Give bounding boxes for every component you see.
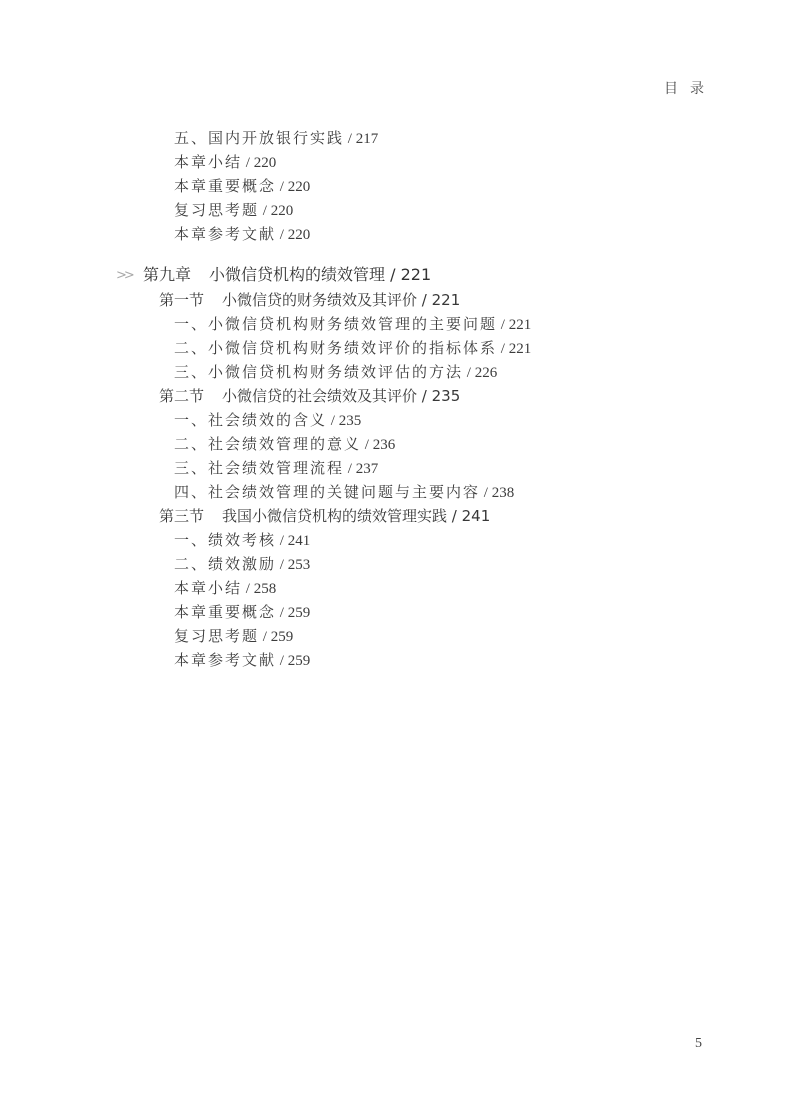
section-page: 241	[462, 507, 491, 525]
toc-item-page: 236	[373, 437, 396, 453]
section-number: 第三节	[159, 507, 204, 525]
toc-item-label: 三、小微信贷机构财务绩效评估的方法	[174, 363, 463, 381]
toc-item[interactable]: 一、绩效考核 / 241	[174, 530, 310, 551]
toc-item-label: 一、小微信贷机构财务绩效管理的主要问题	[174, 315, 497, 333]
running-header: 目录	[664, 78, 716, 98]
toc-item[interactable]: 本章参考文献 / 259	[174, 650, 310, 671]
toc-item-label: 二、小微信贷机构财务绩效评价的指标体系	[174, 339, 497, 357]
toc-section[interactable]: 第三节我国小微信贷机构的绩效管理实践 / 241	[159, 506, 490, 526]
toc-item-label: 一、绩效考核	[174, 531, 276, 549]
toc-item[interactable]: 二、绩效激励 / 253	[174, 554, 310, 575]
toc-item[interactable]: 三、小微信贷机构财务绩效评估的方法 / 226	[174, 362, 497, 383]
toc-item[interactable]: 一、社会绩效的含义 / 235	[174, 410, 361, 431]
toc-item[interactable]: 复习思考题 / 220	[174, 200, 293, 221]
toc-item-label: 本章参考文献	[174, 651, 276, 669]
toc-item-label: 五、国内开放银行实践	[174, 129, 344, 147]
toc-item-label: 复习思考题	[174, 627, 259, 645]
toc-item[interactable]: 本章参考文献 / 220	[174, 224, 310, 245]
toc-item[interactable]: 一、小微信贷机构财务绩效管理的主要问题 / 221	[174, 314, 531, 335]
toc-item-page: 220	[254, 155, 277, 171]
toc-item-page: 259	[271, 629, 294, 645]
toc-item-page: 235	[339, 413, 362, 429]
toc-item-label: 三、社会绩效管理流程	[174, 459, 344, 477]
section-number: 第二节	[159, 387, 204, 405]
toc-item[interactable]: 本章小结 / 220	[174, 152, 276, 173]
toc-item[interactable]: 本章重要概念 / 259	[174, 602, 310, 623]
toc-item-page: 220	[271, 203, 294, 219]
section-title: 我国小微信贷机构的绩效管理实践	[222, 507, 447, 525]
chapter-page: 221	[401, 265, 432, 284]
toc-item-page: 221	[509, 317, 532, 333]
toc-item-page: 217	[356, 131, 379, 147]
toc-item-page: 238	[492, 485, 515, 501]
chapter-number: 第九章	[143, 265, 191, 284]
section-title: 小微信贷的财务绩效及其评价	[222, 291, 417, 309]
toc-section[interactable]: 第一节小微信贷的财务绩效及其评价 / 221	[159, 290, 460, 310]
toc-item-label: 本章重要概念	[174, 177, 276, 195]
section-number: 第一节	[159, 291, 204, 309]
toc-item[interactable]: 本章重要概念 / 220	[174, 176, 310, 197]
chapter-title: 小微信贷机构的绩效管理	[209, 265, 385, 284]
toc-item-page: 259	[288, 653, 311, 669]
toc-item-page: 237	[356, 461, 379, 477]
toc-section[interactable]: 第二节小微信贷的社会绩效及其评价 / 235	[159, 386, 460, 406]
toc-item-label: 本章参考文献	[174, 225, 276, 243]
toc-item-page: 253	[288, 557, 311, 573]
toc-item-label: 四、社会绩效管理的关键问题与主要内容	[174, 483, 480, 501]
page-number: 5	[695, 1036, 702, 1052]
toc-item-page: 220	[288, 179, 311, 195]
toc-item[interactable]: 二、社会绩效管理的意义 / 236	[174, 434, 395, 455]
toc-chapter[interactable]: 第九章小微信贷机构的绩效管理 / 221	[143, 265, 431, 285]
toc-item[interactable]: 二、小微信贷机构财务绩效评价的指标体系 / 221	[174, 338, 531, 359]
toc-item[interactable]: 四、社会绩效管理的关键问题与主要内容 / 238	[174, 482, 514, 503]
toc-item-label: 复习思考题	[174, 201, 259, 219]
toc-item-page: 259	[288, 605, 311, 621]
toc-item-label: 本章小结	[174, 579, 242, 597]
toc-item-page: 258	[254, 581, 277, 597]
toc-item-page: 221	[509, 341, 532, 357]
toc-item[interactable]: 三、社会绩效管理流程 / 237	[174, 458, 378, 479]
section-page: 235	[432, 387, 461, 405]
section-page: 221	[432, 291, 461, 309]
toc-item-page: 241	[288, 533, 311, 549]
toc-item[interactable]: 五、国内开放银行实践 / 217	[174, 128, 378, 149]
toc-item-page: 226	[475, 365, 498, 381]
chevron-double-right-icon: >>	[116, 268, 132, 283]
toc-item-label: 二、绩效激励	[174, 555, 276, 573]
toc-item-label: 本章小结	[174, 153, 242, 171]
toc-item[interactable]: 复习思考题 / 259	[174, 626, 293, 647]
toc-item-label: 一、社会绩效的含义	[174, 411, 327, 429]
section-title: 小微信贷的社会绩效及其评价	[222, 387, 417, 405]
toc-item-label: 本章重要概念	[174, 603, 276, 621]
toc-item-page: 220	[288, 227, 311, 243]
toc-item-label: 二、社会绩效管理的意义	[174, 435, 361, 453]
toc-item[interactable]: 本章小结 / 258	[174, 578, 276, 599]
